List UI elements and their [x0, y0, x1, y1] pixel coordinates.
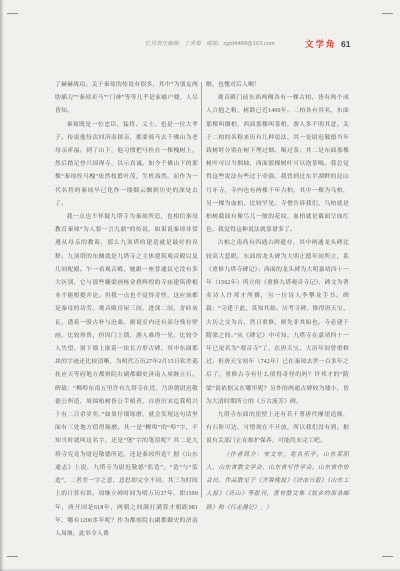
- left-column: 了赫赫战功。关于秦琼的传说有很多，其中“为朋友两肋插刀”“秦琼卖马”“门神”等等…: [55, 79, 198, 541]
- paragraph: 观音殿门前东西两侧各有一棵古柏，皆有两个成人合抱之粗，树龄已近1400年。二柏各…: [206, 92, 349, 237]
- page-edge-shadow: [0, 0, 4, 571]
- author-bio: （作者简介：宋文东，笔名乐乎，山东莱阳人，山东省散文学会、山东省写作学会、山东省…: [206, 449, 349, 515]
- right-column: 解，也愧对后人啊！ 观音殿门前东西两侧各有一棵古柏，皆有两个成人合抱之粗，树龄已…: [206, 79, 349, 515]
- page-header: 栏目责任编辑：丁秀菊 邮箱：zgtd4488@163.com 文学角 61: [0, 38, 400, 52]
- paragraph-continuation: 了赫赫战功。关于秦琼的传说有很多，其中“为朋友两肋插刀”“秦琼卖马”“门神”等等…: [55, 79, 198, 119]
- section-title: 文学角: [305, 38, 337, 50]
- paragraph: 九塔寺东面的崖壁上还有若干尊唐代摩崖造像，有石阶可达，可惜现在不开放，所以我们没…: [206, 409, 349, 449]
- paragraph-continuation: 解，也愧对后人啊！: [206, 79, 349, 92]
- crop-mark: [7, 13, 18, 14]
- editor-credit: 栏目责任编辑：丁秀菊 邮箱：zgtd4488@163.com: [145, 41, 275, 48]
- crop-mark: [382, 556, 393, 557]
- crop-mark: [7, 556, 18, 557]
- paragraph: 我一点也不怀疑九塔寺为秦琼所造，也相信秦母教育秦琼“为人要一言九鼎”的传说。如果…: [55, 211, 198, 541]
- paragraph: 秦琼既是一位忠臣、猛将、义士，也是一位大孝子。传说他每次回济南探亲，都要骑马去千…: [55, 119, 198, 211]
- crop-mark: [382, 13, 393, 14]
- page-number: 61: [341, 38, 350, 50]
- column-divider: [201, 82, 202, 498]
- paragraph: 古柏之南尚有四通古碑遗存，其中两通龙头碑比较高大惹眼。东面的龙头碑为大明正德年间…: [206, 237, 349, 409]
- magazine-page: 栏目责任编辑：丁秀菊 邮箱：zgtd4488@163.com 文学角 61 了赫…: [0, 0, 400, 571]
